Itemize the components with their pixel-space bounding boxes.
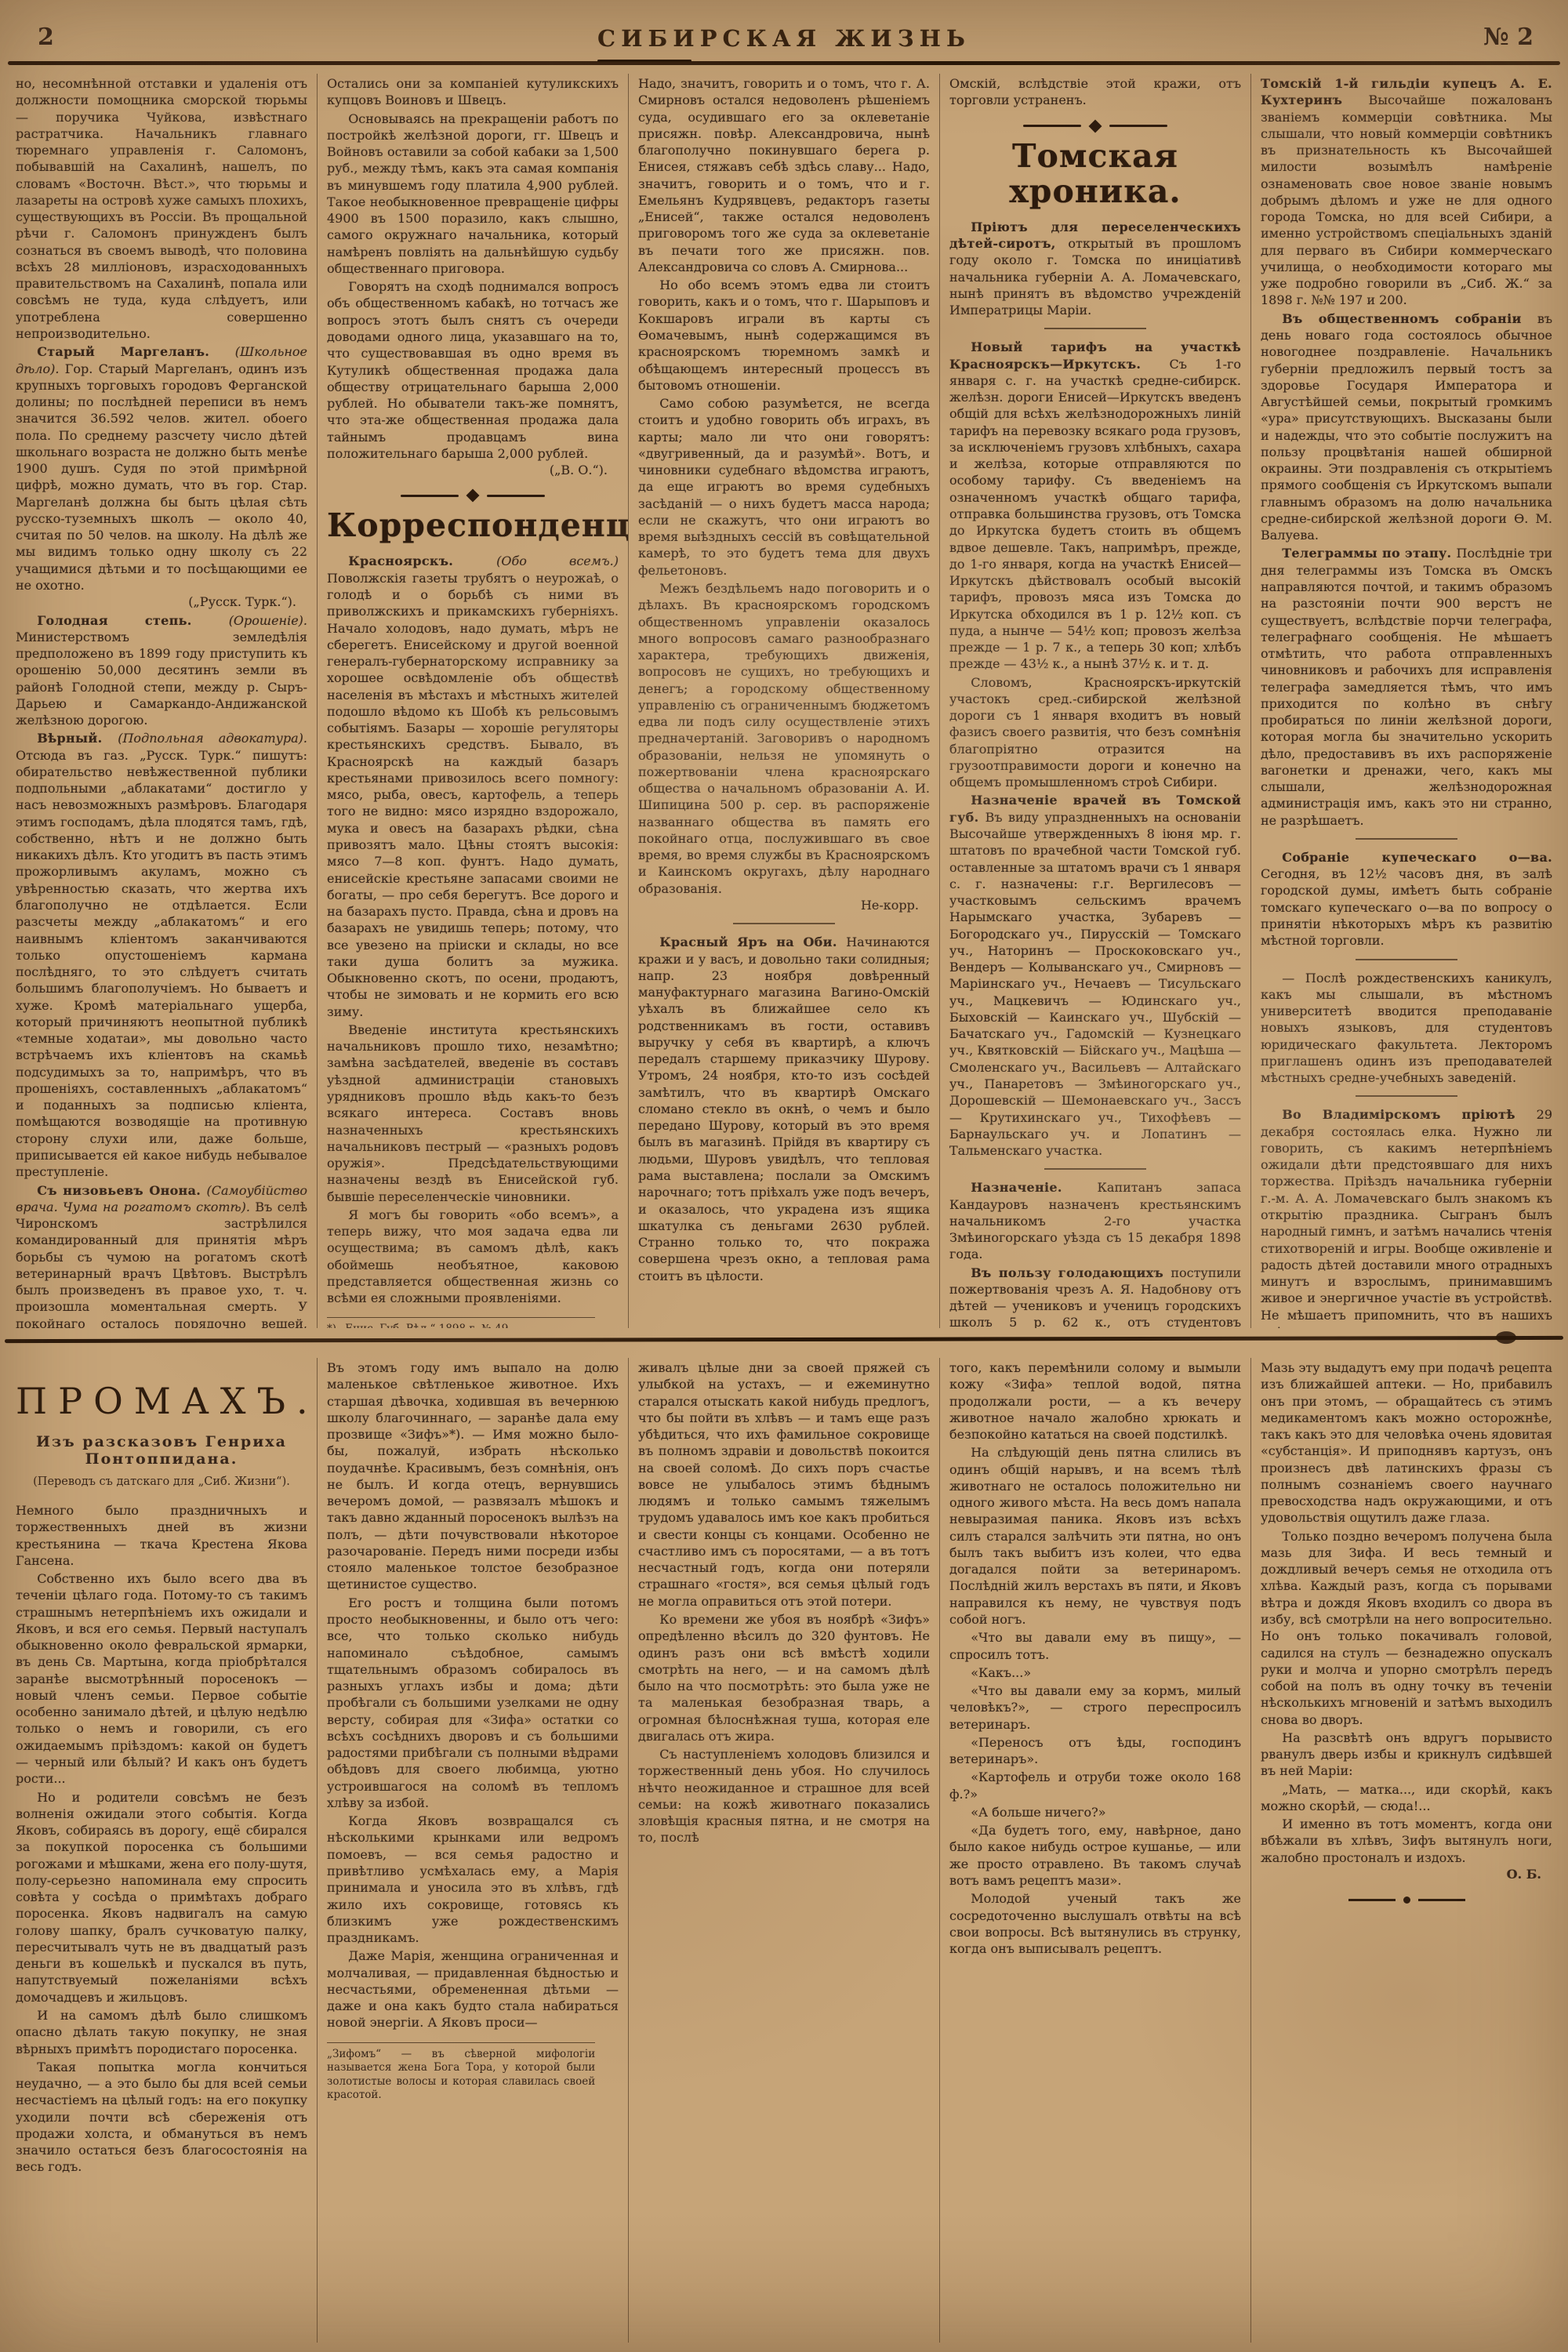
article-lead: Назначеніе. — [971, 1180, 1097, 1195]
article-paragraph: Омскій, вслѣдствіе этой кражи, отъ торго… — [949, 75, 1241, 109]
article-paragraph: Говорятъ на сходѣ поднимался вопросъ объ… — [327, 278, 619, 478]
article-paragraph: Пріютъ для переселенческихъ дѣтей-сиротъ… — [949, 219, 1241, 319]
article-paragraph: Словомъ, Красноярскъ-иркутскій участокъ … — [949, 674, 1241, 791]
article-subtitle: (Орошеніе). — [229, 613, 307, 628]
article-paragraph: Я могъ бы говорить «обо всемъ», а теперь… — [327, 1207, 619, 1307]
section-heading: Корреспонденціи. — [327, 508, 619, 543]
article-paragraph: Надо, значитъ, говорить и о томъ, что г.… — [638, 75, 930, 275]
feuilleton-columns: ПРОМАХЪ.Изъ разсказовъ Генриха Понтоппид… — [6, 1358, 1562, 2343]
item-separator-rule — [1356, 959, 1457, 960]
newspaper-page: { "header": { "page_number_left": "2", "… — [0, 0, 1568, 2352]
ornament-line — [487, 495, 545, 497]
article-paragraph: Только поздно вечеромъ получена была маз… — [1261, 1528, 1552, 1728]
article-paragraph: Въ пользу голодающихъ поступили пожертво… — [949, 1265, 1241, 1328]
section-divider-ornament — [949, 122, 1241, 131]
ornament-line — [1348, 1899, 1396, 1901]
article-paragraph: Но обо всемъ этомъ едва ли стоитъ говори… — [638, 277, 930, 394]
article-paragraph: Голодная степь. (Орошеніе). Министерство… — [16, 612, 307, 729]
article-paragraph: живалъ цѣлые дни за своей пряжей съ улыб… — [638, 1359, 930, 1610]
footnote: *) „Енис. Губ. Вѣд.“ 1898 г. № 49. — [327, 1317, 595, 1328]
article-paragraph: Ко времени же убоя въ ноябрѣ «Зифъ» опре… — [638, 1611, 930, 1744]
news-columns-top: но, несомнѣнной отставки и удаленія отъ … — [6, 74, 1562, 1328]
masthead-rule — [8, 61, 1560, 65]
article-paragraph: На слѣдующій день пятна слились въ одинъ… — [949, 1444, 1241, 1628]
page-header: 2 СИБИРСКАЯ ЖИЗНЬ № 2 — [0, 9, 1568, 56]
article-paragraph: Межъ бездѣльемъ надо поговорить и о дѣла… — [638, 580, 930, 913]
article-paragraph: Во Владимірскомъ пріютѣ 29 декабря состо… — [1261, 1106, 1552, 1328]
feuilleton-column-2: Въ этомъ году имъ выпало на долю маленьк… — [317, 1358, 628, 2343]
article-lead: Телеграммы по этапу. — [1282, 546, 1456, 561]
article-lead: Въ пользу голодающихъ — [971, 1265, 1171, 1280]
article-paragraph: Съ низовьевъ Онона. (Самоубійство врача.… — [16, 1182, 307, 1328]
article-paragraph: «Что вы давали ему за кормъ, милый челов… — [949, 1682, 1241, 1733]
ornament-line — [1023, 125, 1081, 127]
article-lead: Собраніе купеческаго о—ва. — [1282, 850, 1552, 865]
article-paragraph: «Да будетъ того, ему, навѣрное, дано был… — [949, 1822, 1241, 1889]
article-lead: Въ общественномъ собраніи — [1282, 311, 1537, 326]
ornament-line — [401, 495, 459, 497]
article-paragraph: Молодой ученый такъ же сосредоточенно вы… — [949, 1890, 1241, 1957]
section-heading: Томская хроника. — [949, 139, 1241, 209]
article-paragraph: «Картофель и отруби тоже около 168 ф.?» — [949, 1769, 1241, 1802]
article-lead: Красноярскъ. — [348, 554, 496, 568]
item-separator-rule — [733, 923, 835, 924]
article-paragraph: Въ этомъ году имъ выпало на долю маленьк… — [327, 1359, 619, 1593]
feuilleton-column-5: Мазь эту выдадутъ ему при подачѣ рецепта… — [1250, 1358, 1562, 2343]
item-separator-rule — [1356, 838, 1457, 840]
article-lead: Пріютъ для переселенческихъ дѣтей-сиротъ… — [949, 220, 1241, 251]
article-paragraph: И именно въ тотъ моментъ, когда они вбѣж… — [1261, 1816, 1552, 1882]
item-separator-rule — [1044, 328, 1146, 329]
ornament-dot — [1403, 1896, 1410, 1904]
article-lead: Новый тарифъ на участкѣ Красноярскъ—Ирку… — [949, 339, 1241, 371]
ornament-line — [1109, 125, 1167, 127]
article-paragraph: Введеніе института крестьянскихъ начальн… — [327, 1022, 619, 1205]
top-column-4: Омскій, вслѣдствіе этой кражи, отъ торго… — [939, 74, 1250, 1328]
article-paragraph: «А больше ничего?» — [949, 1804, 1241, 1820]
ornament-diamond — [1089, 119, 1102, 132]
article-paragraph: того, какъ перемѣнили солому и вымыли ко… — [949, 1359, 1241, 1443]
article-paragraph: Новый тарифъ на участкѣ Красноярскъ—Ирку… — [949, 339, 1241, 672]
top-column-2: Остались они за компаніей кутуликскихъ к… — [317, 74, 628, 1328]
top-column-5: Томскій 1-й гильдіи купецъ А. Е. Кухтери… — [1250, 74, 1562, 1328]
section-divider-ornament — [327, 491, 619, 500]
article-paragraph: На разсвѣтѣ онъ вдругъ порывисто рванулъ… — [1261, 1730, 1552, 1780]
article-paragraph: И на самомъ дѣлѣ было слишкомъ опасно дѣ… — [16, 2007, 307, 2057]
article-paragraph: но, несомнѣнной отставки и удаленія отъ … — [16, 75, 307, 342]
footnote: „Зифомъ“ — въ сѣверной мифологіи называе… — [327, 2042, 595, 2103]
newspaper-masthead: СИБИРСКАЯ ЖИЗНЬ — [0, 25, 1568, 52]
article-lead: Красный Яръ на Оби. — [659, 935, 846, 949]
article-paragraph: Красноярскъ. (Обо всемъ.) Поволжскія газ… — [327, 553, 619, 1019]
article-paragraph: Собраніе купеческаго о—ва. Сегодня, въ 1… — [1261, 849, 1552, 949]
article-paragraph: Съ наступленіемъ холодовъ близился и тор… — [638, 1746, 930, 1846]
article-subtitle: (Обо всемъ.) — [496, 554, 619, 568]
article-lead: Назначеніе врачей въ Томской губ. — [949, 793, 1241, 824]
article-paragraph: «Что вы давали ему въ пищу», — спросилъ … — [949, 1629, 1241, 1663]
article-lead: Во Владимірскомъ пріютѣ — [1282, 1107, 1536, 1122]
article-lead: Вѣрный. — [37, 731, 118, 746]
article-paragraph: — Послѣ рождественскихъ каникулъ, какъ м… — [1261, 970, 1552, 1087]
article-paragraph: Назначеніе врачей въ Томской губ. Въ вид… — [949, 792, 1241, 1159]
article-paragraph: Его ростъ и толщина были потомъ просто н… — [327, 1595, 619, 1811]
item-separator-rule — [1044, 1168, 1146, 1170]
article-signature: („Русск. Турк.“). — [16, 593, 307, 610]
feuilleton-author: Изъ разсказовъ Генриха Понтоппидана. — [16, 1433, 307, 1468]
article-paragraph: Старый Маргеланъ. (Школьное дѣло). Гор. … — [16, 343, 307, 610]
article-lead: Съ низовьевъ Онона. — [37, 1183, 206, 1198]
article-paragraph: Но и родители совсѣмъ не безъ волненія о… — [16, 1789, 307, 2005]
article-lead: Старый Маргеланъ. — [37, 344, 235, 359]
article-paragraph: Въ общественномъ собраніи въ день новаго… — [1261, 310, 1552, 544]
feuilleton-column-1: ПРОМАХЪ.Изъ разсказовъ Генриха Понтоппид… — [6, 1358, 317, 2343]
feuilleton-separator-rule — [5, 1336, 1563, 1343]
article-signature: Не-корр. — [638, 897, 930, 913]
article-paragraph: Основываясь на прекращеніи работъ по пос… — [327, 111, 619, 278]
article-paragraph: Когда Яковъ возвращался съ нѣсколькими к… — [327, 1813, 619, 1946]
article-paragraph: «Переносъ отъ ѣды, господинъ ветеринаръ»… — [949, 1734, 1241, 1768]
article-paragraph: Остались они за компаніей кутуликскихъ к… — [327, 75, 619, 109]
article-lead: Томскій 1-й гильдіи купецъ А. Е. Кухтери… — [1261, 76, 1552, 107]
article-paragraph: Собственно ихъ было всего два въ теченіи… — [16, 1570, 307, 1787]
article-signature: („В. О.“). — [327, 462, 619, 478]
article-paragraph: Немного было праздничныхъ и торжественны… — [16, 1502, 307, 1569]
article-paragraph: Такая попытка могла кончиться неудачно, … — [16, 2059, 307, 2176]
item-separator-rule — [1356, 1095, 1457, 1097]
feuilleton-column-4: того, какъ перемѣнили солому и вымыли ко… — [939, 1358, 1250, 2343]
article-subtitle: (Подпольная адвокатура). — [118, 731, 307, 746]
article-paragraph: Телеграммы по этапу. Послѣдніе три дня т… — [1261, 545, 1552, 829]
top-column-3: Надо, значитъ, говорить и о томъ, что г.… — [628, 74, 939, 1328]
feuilleton-title: ПРОМАХЪ. — [16, 1380, 307, 1422]
ornament-diamond — [466, 489, 480, 503]
article-paragraph: Назначеніе. Капитанъ запаса Кандауровъ н… — [949, 1179, 1241, 1262]
article-paragraph: Томскій 1-й гильдіи купецъ А. Е. Кухтери… — [1261, 75, 1552, 309]
issue-number: № 2 — [1483, 24, 1534, 51]
feuilleton-translation-note: (Переводъ съ датскаго для „Сиб. Жизни“). — [16, 1475, 307, 1488]
top-column-1: но, несомнѣнной отставки и удаленія отъ … — [6, 74, 317, 1328]
article-paragraph: Вѣрный. (Подпольная адвокатура). Отсюда … — [16, 730, 307, 1180]
article-paragraph: Само собою разумѣется, не всегда стоитъ … — [638, 395, 930, 579]
article-paragraph: Мазь эту выдадутъ ему при подачѣ рецепта… — [1261, 1359, 1552, 1526]
ornament-line — [1418, 1899, 1465, 1901]
ink-blob — [1496, 1331, 1516, 1344]
article-paragraph: Даже Марія, женщина ограниченная и молча… — [327, 1947, 619, 2031]
feuilleton-column-3: живалъ цѣлые дни за своей пряжей съ улыб… — [628, 1358, 939, 2343]
story-end-ornament — [1261, 1896, 1552, 1904]
article-paragraph: «Какъ...» — [949, 1664, 1241, 1681]
article-signature: О. Б. — [1261, 1866, 1552, 1882]
article-paragraph: „Мать, — матка..., иди скорѣй, какъ можн… — [1261, 1781, 1552, 1815]
article-lead: Голодная степь. — [37, 613, 229, 628]
article-paragraph: Красный Яръ на Оби. Начинаются кражи и у… — [638, 934, 930, 1284]
